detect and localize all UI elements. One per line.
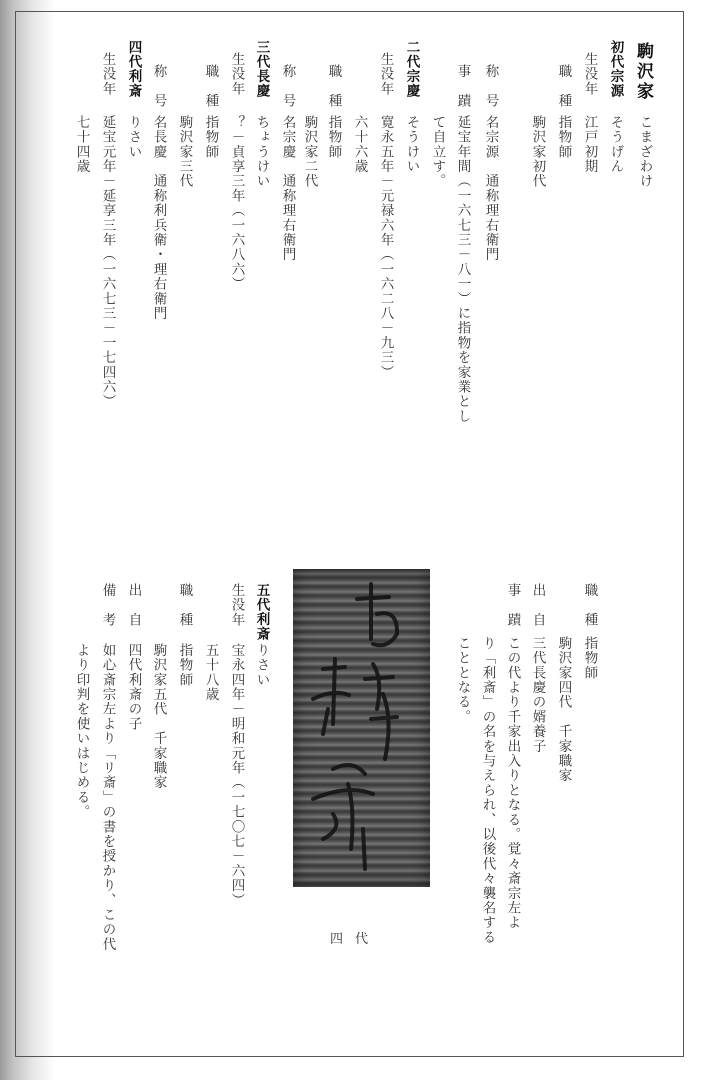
gen4-value-lifespan: 延宝元年－延享三年（一六七三－一七四六）	[100, 115, 114, 409]
gen5-value-lifespan: 宝永四年－明和元年（一七〇七－六四）	[229, 643, 243, 908]
gen4-value-deeds-cont: り「利斎」の名を与えられ、以後代々襲名する	[480, 636, 494, 945]
gen4-value-deeds-end: こととなる。	[455, 636, 469, 724]
gen3-heading: 三代長慶	[254, 40, 268, 98]
gen5-value-origin: 四代利斎の子	[126, 643, 140, 731]
gen1-label-title: 称 号	[483, 64, 497, 108]
gen4-label-deeds: 事 蹟	[505, 583, 519, 627]
gen3-value-lifespan: ？－貞享三年（一六八六）	[229, 115, 243, 291]
gen2-value-lifespan: 寛永五年－元禄六年（一六二八－九三）	[378, 115, 392, 380]
gen5-label-notes: 備 考	[100, 583, 114, 627]
gen1-reading: そうげん	[608, 115, 622, 174]
gen4-value-age: 七十四歳	[74, 115, 88, 174]
gen5-reading: りさい	[254, 643, 268, 687]
gen4-value-rank: 駒沢家四代 千家職家	[556, 636, 570, 783]
gen3-value-rank: 駒沢家三代	[177, 115, 191, 189]
gen5-value-notes-cont: より印判を使いはじめる。	[74, 643, 88, 819]
gen2-value-title: 名宗慶 通称理右衛門	[280, 115, 294, 262]
gen2-value-rank: 駒沢家二代	[302, 115, 316, 189]
gen4-value-origin: 三代長慶の婿養子	[530, 636, 544, 754]
gen2-value-occupation: 指物師	[326, 115, 340, 159]
gen1-value-lifespan: 江戸初期	[582, 115, 596, 174]
gen1-value-title: 名宗源 通称理右衛門	[483, 115, 497, 262]
gen3-value-title: 名長慶 通称利兵衛・理右衛門	[151, 115, 165, 321]
brush-inscription-icon	[293, 569, 430, 887]
signature-photo	[293, 569, 430, 887]
gen3-value-occupation: 指物師	[203, 115, 217, 159]
gen1-value-rank: 駒沢家初代	[530, 115, 544, 189]
gen2-value-age: 六十六歳	[352, 115, 366, 174]
gen5-heading: 五代利斎	[254, 583, 268, 641]
gen5-value-notes: 如心斎宗左より「リ斎」の書を授かり、この代	[100, 643, 114, 952]
family-title: 駒沢家	[634, 42, 651, 102]
gen3-label-lifespan: 生没年	[229, 52, 243, 96]
gen2-label-occupation: 職 種	[326, 64, 340, 108]
gen4-label-occupation: 職 種	[582, 583, 596, 627]
gen5-value-age: 五十八歳	[203, 643, 217, 702]
gen2-label-lifespan: 生没年	[378, 52, 392, 96]
gen5-value-occupation: 指物師	[177, 643, 191, 687]
family-reading: こまざわけ	[637, 115, 651, 189]
gen1-value-deeds: 延宝年間（一六七三－八一）に指物を家業とし	[455, 115, 469, 424]
gen5-value-rank: 駒沢家五代 千家職家	[151, 643, 165, 790]
gen2-heading: 二代宗慶	[404, 40, 418, 98]
gen1-label-lifespan: 生没年	[582, 52, 596, 96]
gen2-label-title: 称 号	[280, 64, 294, 108]
gen4-heading: 四代利斎	[126, 40, 140, 98]
gen4-label-origin: 出 自	[530, 583, 544, 627]
gen2-reading: そうけい	[404, 115, 418, 174]
gen4-value-deeds: この代より千家出入りとなる。覚々斎宗左よ	[505, 636, 519, 930]
gen5-label-lifespan: 生没年	[229, 583, 243, 627]
gen5-label-origin: 出 自	[126, 583, 140, 627]
photo-caption: 四代	[330, 928, 380, 947]
gen4-reading: りさい	[126, 115, 140, 159]
gen3-reading: ちょうけい	[254, 115, 268, 189]
gen1-label-deeds: 事 蹟	[455, 64, 469, 108]
gen4-value-occupation: 指物師	[582, 636, 596, 680]
gen3-label-occupation: 職 種	[203, 64, 217, 108]
gen1-value-occupation: 指物師	[556, 115, 570, 159]
gen5-label-occupation: 職 種	[177, 583, 191, 627]
gen3-label-title: 称 号	[151, 64, 165, 108]
gen1-value-deeds-cont: て自立す。	[430, 115, 444, 189]
gen4-label-lifespan: 生没年	[100, 52, 114, 96]
gen1-label-occupation: 職 種	[556, 64, 570, 108]
gen1-heading: 初代宗源	[608, 40, 622, 98]
